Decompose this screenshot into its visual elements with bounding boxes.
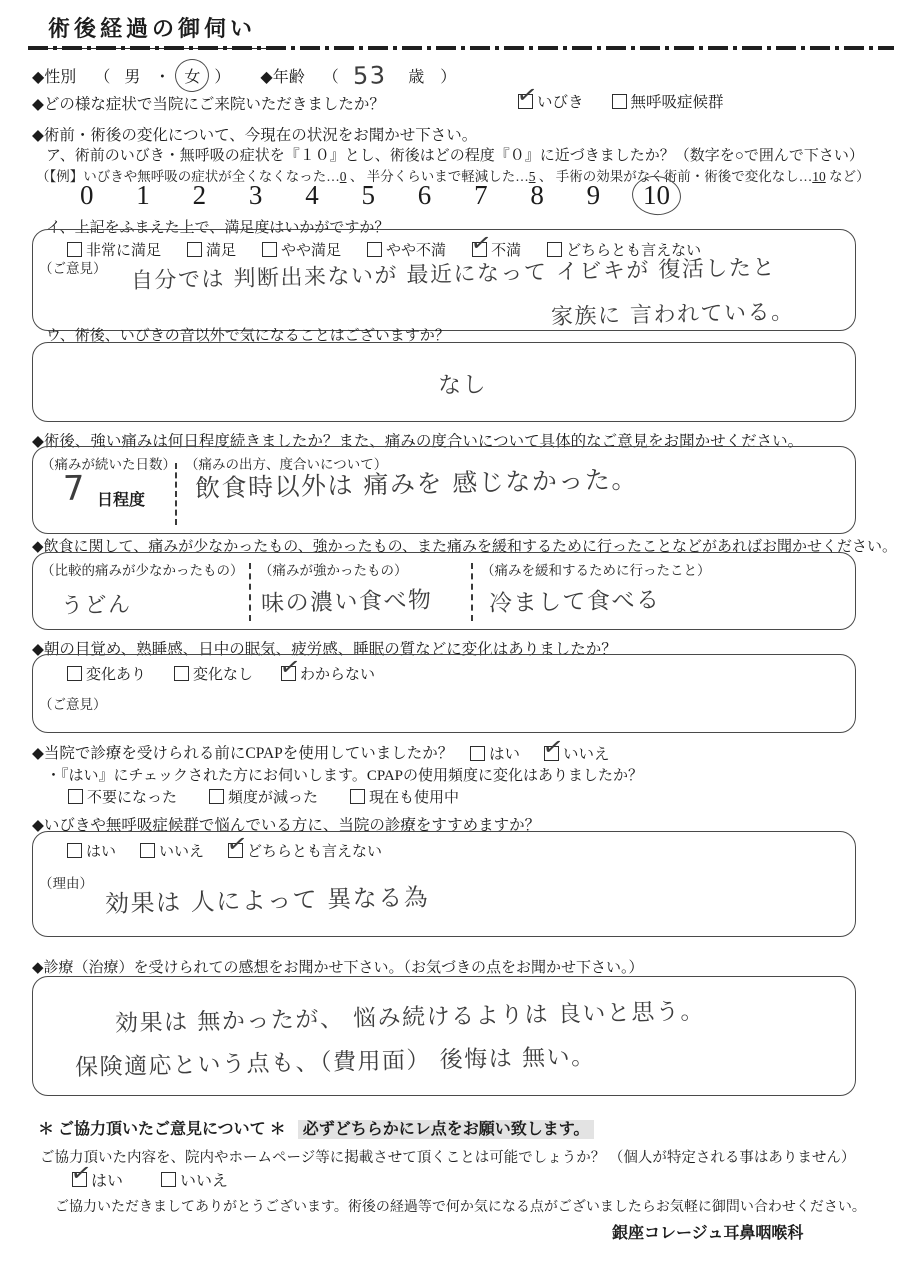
dash-dot-divider (28, 46, 894, 50)
eating-col2-value[interactable]: 味の濃い食べ物 (261, 581, 433, 618)
eating-col3-value[interactable]: 冷まして食べる (489, 581, 661, 618)
sleep-answer-box: 変化あり 変化なし わからない （ご意見） (32, 654, 856, 733)
checkbox-hindo-hetta[interactable]: 頻度が減った (209, 786, 318, 807)
checkbox-icon (350, 789, 365, 804)
consent-question: ご協力頂いた内容を、院内やホームページ等に掲載させて頂くことは可能でしょうか？ … (40, 1146, 855, 1167)
checkbox-label: 満足 (206, 239, 236, 260)
checkbox-henka-ari[interactable]: 変化あり (67, 663, 146, 684)
scale-5[interactable]: 5 (359, 180, 377, 211)
checkbox-icon (612, 94, 627, 109)
checkbox-consent-iie[interactable]: いいえ (161, 1168, 228, 1191)
paren: （ (94, 69, 110, 86)
consent-heading: ＊ ご協力頂いたご意見について ＊ 必ずどちらかにレ点をお願い致します。 (38, 1116, 594, 1139)
checkbox-label: はい (91, 1168, 123, 1191)
checkbox-label: どちらとも言えない (247, 840, 382, 861)
checkbox-ibiki[interactable]: いびき (518, 90, 584, 112)
scale-1[interactable]: 1 (134, 180, 152, 211)
example-num-10: 10 (812, 169, 826, 184)
paren: （ (323, 69, 339, 86)
scale-6[interactable]: 6 (416, 180, 434, 211)
checkbox-label: 現在も使用中 (369, 786, 459, 807)
checkbox-label: 不要になった (87, 786, 177, 807)
scale-7[interactable]: 7 (472, 180, 490, 211)
checkbox-consent-hai[interactable]: はい (72, 1168, 123, 1191)
cpap-followup: ・『はい』にチェックされた方にお伺いします。CPAPの使用頻度に変化はありました… (46, 764, 643, 785)
impression-line2[interactable]: 保険適応という点も、（費用面） 後悔は 無い。 (75, 1038, 596, 1082)
checkbox-label: いびき (537, 90, 584, 112)
impression-line1[interactable]: 効果は 無かったが、 悩み続けるよりは 良いと思う。 (115, 993, 705, 1038)
comment-label: （ご意見） (39, 257, 107, 277)
cpap-row: ◆当院で診療を受けられる前にCPAPを使用していましたか？ はい いいえ (32, 741, 862, 763)
eating-col2-label: （痛みが強かったもの） (259, 559, 408, 579)
checkbox-rec-dochira[interactable]: どちらとも言えない (228, 840, 382, 861)
paren: ） (440, 69, 456, 86)
rating-scale: 0 1 2 3 4 5 6 7 8 9 10 (78, 180, 672, 211)
checkbox-icon (187, 242, 202, 257)
questionnaire-page: 術後経過の御伺い ◆性別 （ 男 ・ 女 ） ◆年齢 （ 53 歳 ） ◆どの様… (0, 0, 900, 1273)
satisfaction-comment-line2[interactable]: 家族に 言われている。 (551, 295, 795, 331)
eating-answer-box: （比較的痛みが少なかったもの） （痛みが強かったもの） （痛みを緩和するために行… (32, 552, 856, 630)
checkbox-icon (68, 789, 83, 804)
checkbox-icon (470, 746, 485, 761)
scale-0[interactable]: 0 (78, 180, 96, 211)
profile-row: ◆性別 （ 男 ・ 女 ） ◆年齢 （ 53 歳 ） (32, 60, 456, 88)
symptom-question: ◆どの様な症状で当院にご来院いただきましたか？ (32, 92, 385, 114)
checkbox-label: 変化あり (86, 663, 146, 684)
checkbox-label: 頻度が減った (228, 786, 318, 807)
checkbox-wakaranai[interactable]: わからない (281, 663, 375, 684)
checkbox-rec-iie[interactable]: いいえ (140, 840, 204, 861)
checkbox-label: いいえ (180, 1168, 228, 1191)
checkbox-icon (367, 242, 382, 257)
checkbox-label: わからない (300, 663, 375, 684)
checkbox-icon (518, 94, 533, 109)
checkbox-label: はい (489, 742, 520, 764)
eating-col1-value[interactable]: うどん (61, 588, 132, 620)
scale-10[interactable]: 10 (641, 180, 672, 211)
gender-label: ◆性別 (32, 69, 76, 86)
pain-days-label: （痛みが続いた日数） (41, 453, 176, 473)
checkbox-label: はい (86, 840, 116, 861)
gender-option-male[interactable]: 男 (124, 69, 140, 86)
impression-question: ◆診療（治療）を受けられての感想をお聞かせ下さい。（お気づきの点をお聞かせ下さい… (32, 956, 644, 977)
sleep-options: 変化あり 変化なし わからない (67, 663, 375, 684)
other-concern-answer-box: なし (32, 342, 856, 422)
pain-days-unit: 日程度 (97, 487, 145, 510)
dot-separator: ・ (154, 69, 170, 86)
checkbox-icon (67, 242, 82, 257)
example-text: など） (826, 169, 870, 184)
checkbox-mukokyu[interactable]: 無呼吸症候群 (612, 90, 724, 112)
age-unit: 歳 (408, 69, 424, 86)
checkbox-yaya-manzoku[interactable]: やや満足 (262, 239, 341, 260)
thanks-note: ご協力いただきましてありがとうございます。術後の経過等で何か気になる点がございま… (55, 1196, 866, 1216)
checkbox-icon (281, 666, 296, 681)
checkbox-label: 無呼吸症候群 (631, 90, 724, 112)
scale-4[interactable]: 4 (303, 180, 321, 211)
checkbox-icon (161, 1172, 176, 1187)
checkbox-label: やや満足 (281, 239, 341, 260)
checkbox-fuyou[interactable]: 不要になった (68, 786, 177, 807)
checkbox-icon (67, 843, 82, 858)
consent-options: はい いいえ (72, 1168, 228, 1191)
other-concern-answer[interactable]: なし (438, 366, 488, 400)
eating-col1-label: （比較的痛みが少なかったもの） (41, 559, 244, 579)
gender-option-female[interactable]: 女 (184, 64, 200, 87)
checkbox-icon (262, 242, 277, 257)
clinic-name: 銀座コレージュ耳鼻咽喉科 (612, 1220, 803, 1243)
reason-label: （理由） (39, 872, 93, 892)
consent-heading-highlight: 必ずどちらかにレ点をお願い致します。 (298, 1120, 595, 1139)
page-title: 術後経過の御伺い (46, 12, 266, 49)
cpap-question: ◆当院で診療を受けられる前にCPAPを使用していましたか？ (32, 745, 453, 762)
checkbox-icon (209, 789, 224, 804)
checkbox-genzai-shiyou[interactable]: 現在も使用中 (350, 786, 459, 807)
scale-3[interactable]: 3 (247, 180, 265, 211)
consent-heading-prefix: ＊ ご協力頂いたご意見について ＊ (38, 1121, 286, 1138)
paren: ） (214, 69, 230, 86)
age-value-handwritten[interactable]: 53 (352, 61, 386, 90)
checkbox-icon (174, 666, 189, 681)
change-sub-question: ア、術前のいびき・無呼吸の症状を『１０』とし、術後はどの程度『０』に近づきました… (46, 144, 864, 165)
symptom-options: いびき 無呼吸症候群 (518, 90, 724, 112)
checkbox-manzoku[interactable]: 満足 (187, 239, 236, 260)
checkbox-icon (544, 746, 559, 761)
pain-days-value[interactable]: 7 (63, 469, 87, 509)
impression-answer-box: 効果は 無かったが、 悩み続けるよりは 良いと思う。 保険適応という点も、（費用… (32, 976, 856, 1096)
checkbox-label: 変化なし (193, 663, 253, 684)
recommend-reason-value[interactable]: 効果は 人によって 異なる為 (105, 877, 430, 919)
scale-9[interactable]: 9 (585, 180, 603, 211)
eating-col3-label: （痛みを緩和するために行ったこと） (481, 559, 711, 579)
pain-answer-box: （痛みが続いた日数） （痛みの出方、度合いについて） 7 日程度 飲食時以外は … (32, 446, 856, 534)
checkbox-icon (472, 242, 487, 257)
scale-8[interactable]: 8 (528, 180, 546, 211)
age-label: ◆年齢 (260, 69, 304, 86)
recommend-options: はい いいえ どちらとも言えない (67, 840, 382, 861)
checkbox-cpap-iie[interactable]: いいえ (544, 742, 610, 764)
recommend-answer-box: はい いいえ どちらとも言えない （理由） 効果は 人によって 異なる為 (32, 831, 856, 937)
dashed-column-divider (175, 463, 177, 525)
dashed-column-divider (471, 563, 473, 621)
checkbox-label: いいえ (563, 742, 610, 764)
change-heading: ◆術前・術後の変化について、今現在の状況をお聞かせ下さい。 (32, 123, 477, 145)
comment-label: （ご意見） (39, 693, 107, 713)
checkbox-cpap-hai[interactable]: はい (470, 742, 520, 764)
satisfaction-answer-box: 非常に満足 満足 やや満足 やや不満 不満 どちらとも言えない （ご意見） 自分… (32, 229, 856, 331)
checkbox-label: いいえ (159, 840, 204, 861)
checkbox-icon (72, 1172, 87, 1187)
checkbox-icon (67, 666, 82, 681)
checkbox-icon (140, 843, 155, 858)
checkbox-icon (228, 843, 243, 858)
dashed-column-divider (249, 563, 251, 621)
checkbox-rec-hai[interactable]: はい (67, 840, 116, 861)
scale-2[interactable]: 2 (191, 180, 209, 211)
cpap-followup-options: 不要になった 頻度が減った 現在も使用中 (68, 786, 459, 807)
checkbox-henka-nashi[interactable]: 変化なし (174, 663, 253, 684)
